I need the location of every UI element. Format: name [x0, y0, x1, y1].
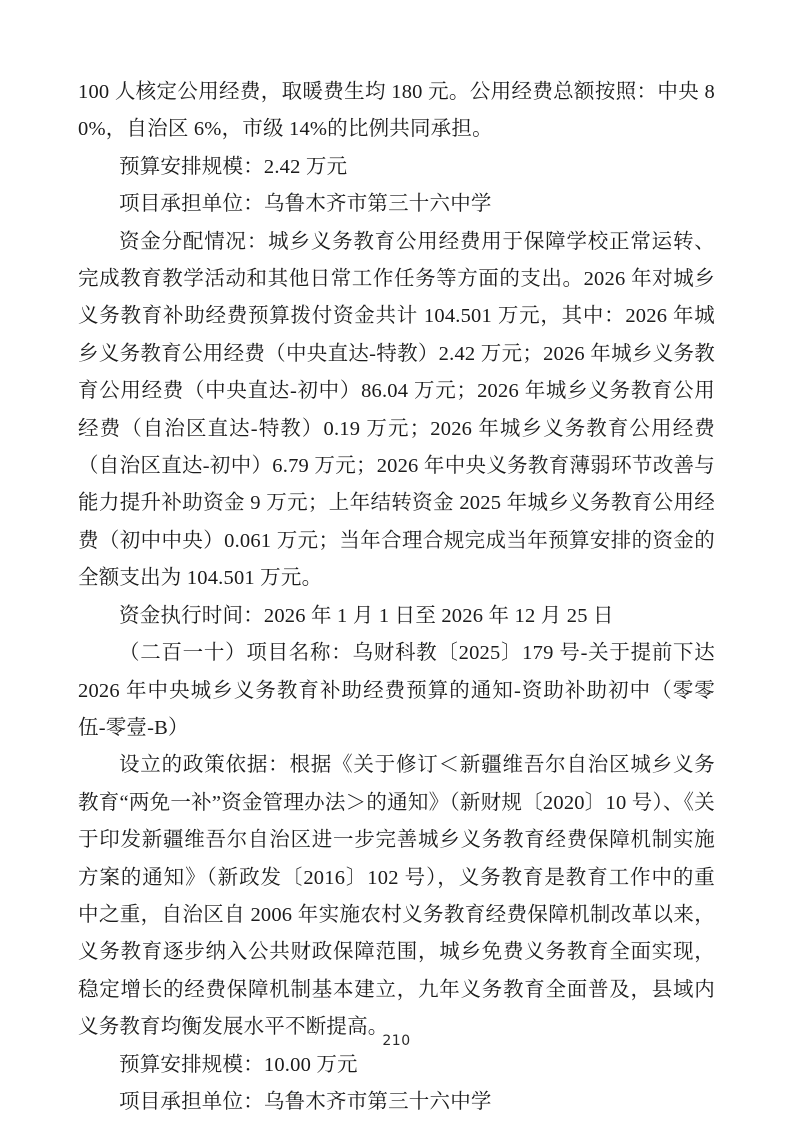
paragraph-fund-execution-time: 资金执行时间：2026 年 1 月 1 日至 2026 年 12 月 25 日: [78, 598, 715, 635]
paragraph-undertaking-unit-2: 项目承担单位：乌鲁木齐市第三十六中学: [78, 1084, 715, 1121]
document-body: 100 人核定公用经费，取暖费生均 180 元。公用经费总额按照：中央 80%，…: [78, 74, 715, 1121]
paragraph-undertaking-unit-1: 项目承担单位：乌鲁木齐市第三十六中学: [78, 186, 715, 223]
paragraph-budget-scale-1: 预算安排规模：2.42 万元: [78, 149, 715, 186]
page-footer: 210: [0, 1032, 793, 1050]
paragraph-budget-scale-2: 预算安排规模：10.00 万元: [78, 1047, 715, 1084]
page-number: 210: [382, 1033, 410, 1049]
paragraph-public-funds-ratio: 100 人核定公用经费，取暖费生均 180 元。公用经费总额按照：中央 80%，…: [78, 74, 715, 149]
paragraph-fund-allocation: 资金分配情况：城乡义务教育公用经费用于保障学校正常运转、完成教育教学活动和其他日…: [78, 224, 715, 598]
paragraph-policy-basis: 设立的政策依据：根据《关于修订＜新疆维吾尔自治区城乡义务教育“两免一补”资金管理…: [78, 747, 715, 1046]
document-page: 100 人核定公用经费，取暖费生均 180 元。公用经费总额按照：中央 80%，…: [0, 0, 793, 1122]
paragraph-project-name: （二百一十）项目名称：乌财科教〔2025〕179 号-关于提前下达 2026 年…: [78, 635, 715, 747]
